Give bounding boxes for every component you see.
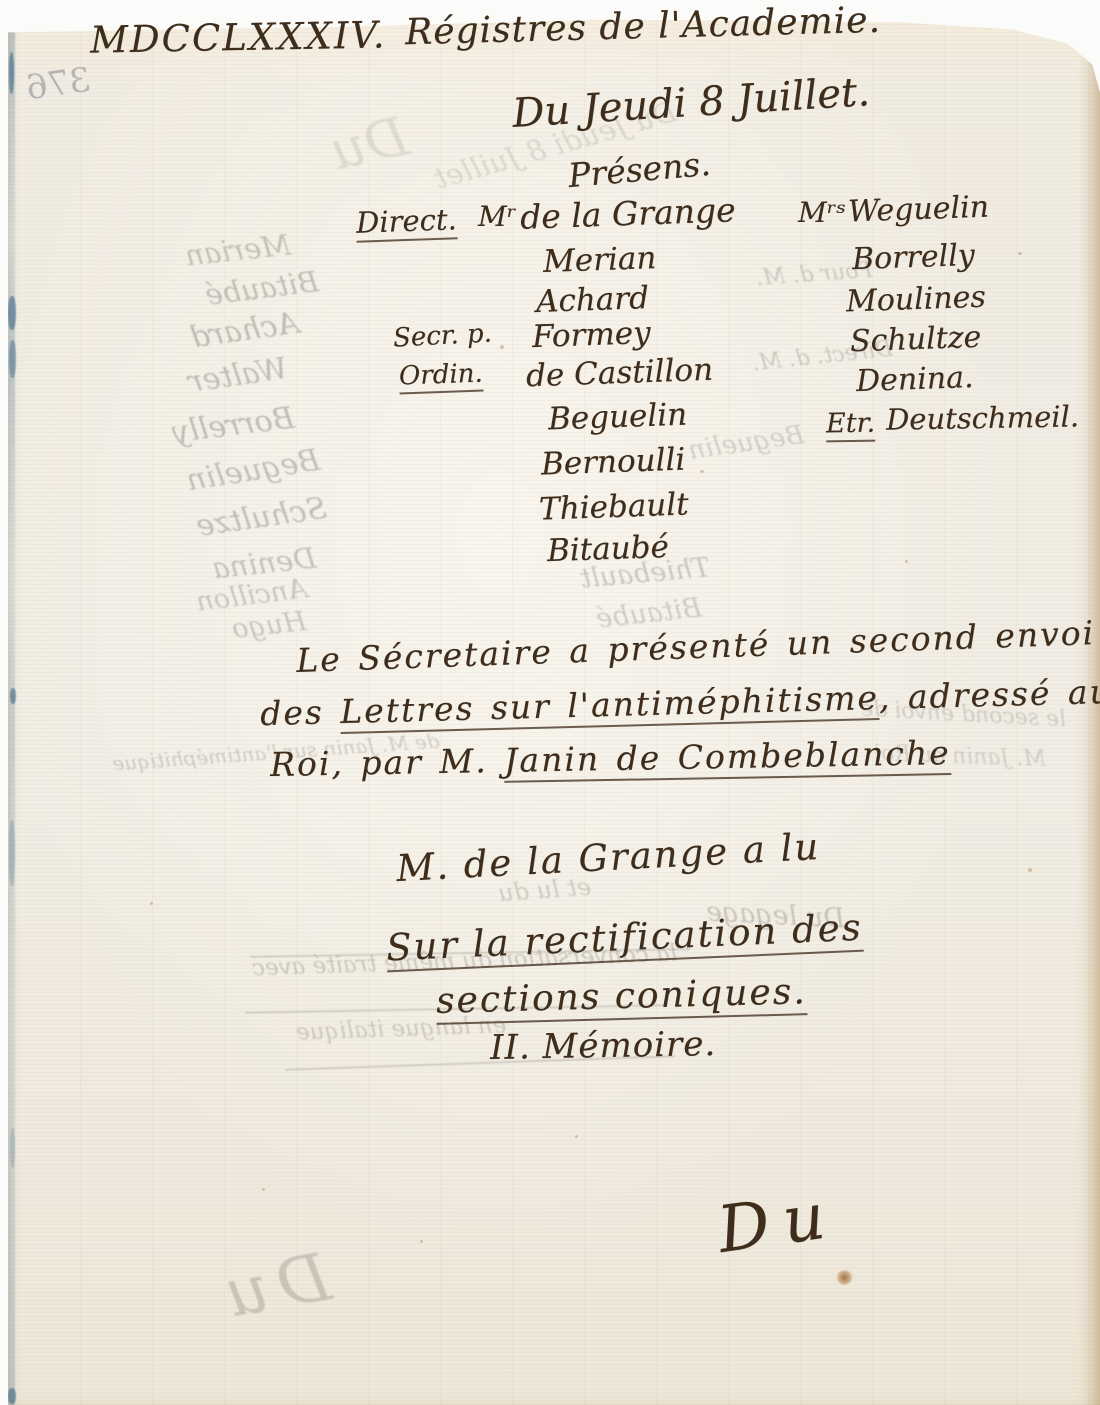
memoir-number: II. Mémoire. bbox=[490, 1024, 717, 1068]
director-name: de la Grange bbox=[519, 190, 736, 237]
attendee-name: Borrelly bbox=[851, 238, 975, 277]
foxing-speck bbox=[500, 345, 504, 349]
foxing-speck bbox=[905, 560, 908, 563]
secretary-label: Secr. p. bbox=[392, 318, 492, 353]
attendee-name: Bitaubé bbox=[546, 529, 669, 569]
binding-ink-mark bbox=[9, 820, 15, 886]
foxing-speck bbox=[150, 902, 153, 905]
attendee-name: de Castillon bbox=[525, 352, 713, 395]
ink-spot bbox=[836, 1270, 853, 1285]
attendee-name: Merian bbox=[542, 240, 656, 280]
minute-text: des bbox=[260, 692, 341, 733]
attendee-name: Thiebault bbox=[538, 486, 689, 527]
manuscript-scan: 376 Du Du Jeudi 8 Juillet Merian Bitaubé… bbox=[0, 0, 1100, 1405]
attendee-name: Formey bbox=[531, 315, 651, 355]
foxing-speck bbox=[1028, 868, 1032, 872]
binding-ink-mark bbox=[9, 340, 16, 378]
binding-ink-mark bbox=[9, 52, 14, 94]
foxing-speck bbox=[700, 470, 704, 473]
right-honorific: Mʳˢ bbox=[798, 196, 846, 229]
author-name: Janin de Combeblanche bbox=[504, 733, 951, 783]
attendee-name: Achard bbox=[535, 280, 649, 320]
attendee-name: Bernoulli bbox=[540, 441, 685, 482]
attendee-name: Weguelin bbox=[847, 190, 989, 230]
ordinary-label: Ordin. bbox=[398, 359, 483, 395]
binding-ink-mark bbox=[8, 1388, 16, 1404]
foxing-speck bbox=[1018, 252, 1022, 255]
foreign-label: Etr. bbox=[826, 408, 876, 443]
director-label: Direct. bbox=[355, 202, 457, 242]
binding-ink-mark bbox=[10, 1128, 15, 1168]
attendee-name: Schultze bbox=[849, 320, 981, 360]
minute-text: , adressé au bbox=[878, 672, 1100, 717]
minute-text: Roi, par M. bbox=[270, 741, 505, 784]
foxing-speck bbox=[262, 1188, 265, 1191]
binding-ink-mark bbox=[10, 688, 16, 704]
binding-edge bbox=[8, 30, 15, 1405]
attendee-name: Deutschmeil. bbox=[886, 399, 1080, 436]
director-honorific: Mʳ bbox=[478, 200, 516, 233]
year-roman: MDCCLXXXIV. bbox=[90, 13, 387, 61]
attendee-name: Denina. bbox=[855, 360, 974, 399]
foxing-speck bbox=[575, 1135, 578, 1138]
attendee-name: Beguelin bbox=[547, 397, 687, 438]
binding-ink-mark bbox=[8, 296, 16, 330]
attendee-name: Moulines bbox=[845, 280, 986, 320]
foxing-speck bbox=[420, 1240, 423, 1243]
